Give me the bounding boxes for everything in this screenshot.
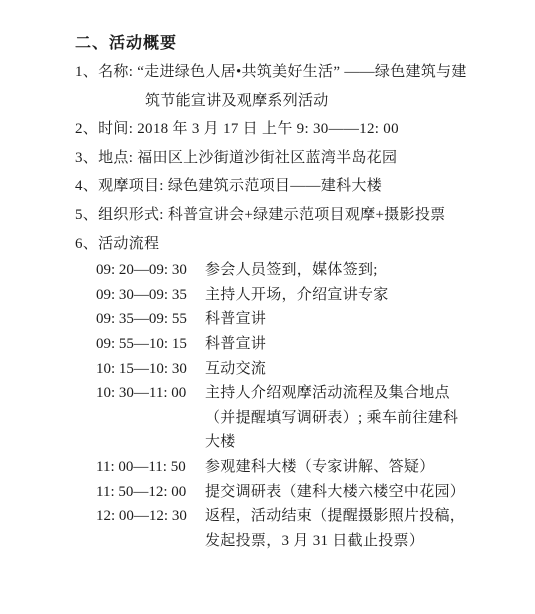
document-page: 二、活动概要 1、名称: “走进绿色人居•共筑美好生活” ——绿色建筑与建筑节能…	[0, 0, 535, 614]
schedule-description-line: 主持人介绍观摩活动流程及集合地点	[205, 381, 525, 406]
schedule-description: 科普宣讲	[205, 307, 525, 332]
schedule-time: 11: 50—12: 00	[96, 480, 205, 505]
schedule-description: 科普宣讲	[205, 332, 525, 357]
schedule-row: 09: 30—09: 35主持人开场，介绍宣讲专家	[96, 283, 525, 308]
schedule-description-line: 大楼	[205, 430, 525, 455]
info-item-line: 6、活动流程	[75, 230, 525, 259]
schedule-time: 09: 55—10: 15	[96, 332, 205, 357]
schedule-time: 09: 30—09: 35	[96, 283, 205, 308]
info-item-line: 4、观摩项目: 绿色建筑示范项目——建科大楼	[75, 172, 525, 201]
info-item-line: 3、地点: 福田区上沙街道沙街社区蓝湾半岛花园	[75, 144, 525, 173]
schedule-description-line: 互动交流	[205, 357, 525, 382]
schedule-time: 09: 35—09: 55	[96, 307, 205, 332]
info-item-line: 筑节能宣讲及观摩系列活动	[75, 87, 525, 116]
schedule-description-line: 提交调研表（建科大楼六楼空中花园）	[205, 480, 525, 505]
schedule-description: 主持人开场，介绍宣讲专家	[205, 283, 525, 308]
schedule-description: 主持人介绍观摩活动流程及集合地点（并提醒填写调研表）; 乘车前往建科大楼	[205, 381, 525, 455]
schedule-description-line: 主持人开场，介绍宣讲专家	[205, 283, 525, 308]
schedule-description-line: （并提醒填写调研表）; 乘车前往建科	[205, 406, 525, 431]
schedule-row: 09: 35—09: 55科普宣讲	[96, 307, 525, 332]
section-heading: 二、活动概要	[75, 30, 525, 58]
schedule-time: 11: 00—11: 50	[96, 455, 205, 480]
schedule-time: 10: 15—10: 30	[96, 357, 205, 382]
schedule-description-line: 返程，活动结束（提醒摄影照片投稿，	[205, 504, 525, 529]
schedule-time: 12: 00—12: 30	[96, 504, 205, 529]
schedule-time: 10: 30—11: 00	[96, 381, 205, 406]
schedule-description-line: 科普宣讲	[205, 332, 525, 357]
schedule-description-line: 发起投票，3 月 31 日截止投票）	[205, 529, 525, 554]
schedule-description: 互动交流	[205, 357, 525, 382]
schedule-description-line: 科普宣讲	[205, 307, 525, 332]
schedule-description: 参会人员签到，媒体签到;	[205, 258, 525, 283]
schedule-description: 返程，活动结束（提醒摄影照片投稿，发起投票，3 月 31 日截止投票）	[205, 504, 525, 553]
schedule-row: 11: 50—12: 00提交调研表（建科大楼六楼空中花园）	[96, 480, 525, 505]
schedule-description-line: 参会人员签到，媒体签到;	[205, 258, 525, 283]
schedule-time: 09: 20—09: 30	[96, 258, 205, 283]
schedule-description: 提交调研表（建科大楼六楼空中花园）	[205, 480, 525, 505]
schedule-description: 参观建科大楼（专家讲解、答疑）	[205, 455, 525, 480]
schedule-row: 12: 00—12: 30返程，活动结束（提醒摄影照片投稿，发起投票，3 月 3…	[96, 504, 525, 553]
info-item-line: 2、时间: 2018 年 3 月 17 日 上午 9: 30——12: 00	[75, 115, 525, 144]
schedule-row: 09: 55—10: 15科普宣讲	[96, 332, 525, 357]
info-item-line: 1、名称: “走进绿色人居•共筑美好生活” ——绿色建筑与建	[75, 58, 525, 87]
schedule-row: 11: 00—11: 50参观建科大楼（专家讲解、答疑）	[96, 455, 525, 480]
schedule-row: 09: 20—09: 30参会人员签到，媒体签到;	[96, 258, 525, 283]
schedule-row: 10: 15—10: 30互动交流	[96, 357, 525, 382]
schedule-list: 09: 20—09: 30参会人员签到，媒体签到;09: 30—09: 35主持…	[96, 258, 525, 553]
schedule-row: 10: 30—11: 00主持人介绍观摩活动流程及集合地点（并提醒填写调研表）;…	[96, 381, 525, 455]
schedule-description-line: 参观建科大楼（专家讲解、答疑）	[205, 455, 525, 480]
info-list: 1、名称: “走进绿色人居•共筑美好生活” ——绿色建筑与建筑节能宣讲及观摩系列…	[75, 58, 525, 258]
info-item-line: 5、组织形式: 科普宣讲会+绿建示范项目观摩+摄影投票	[75, 201, 525, 230]
